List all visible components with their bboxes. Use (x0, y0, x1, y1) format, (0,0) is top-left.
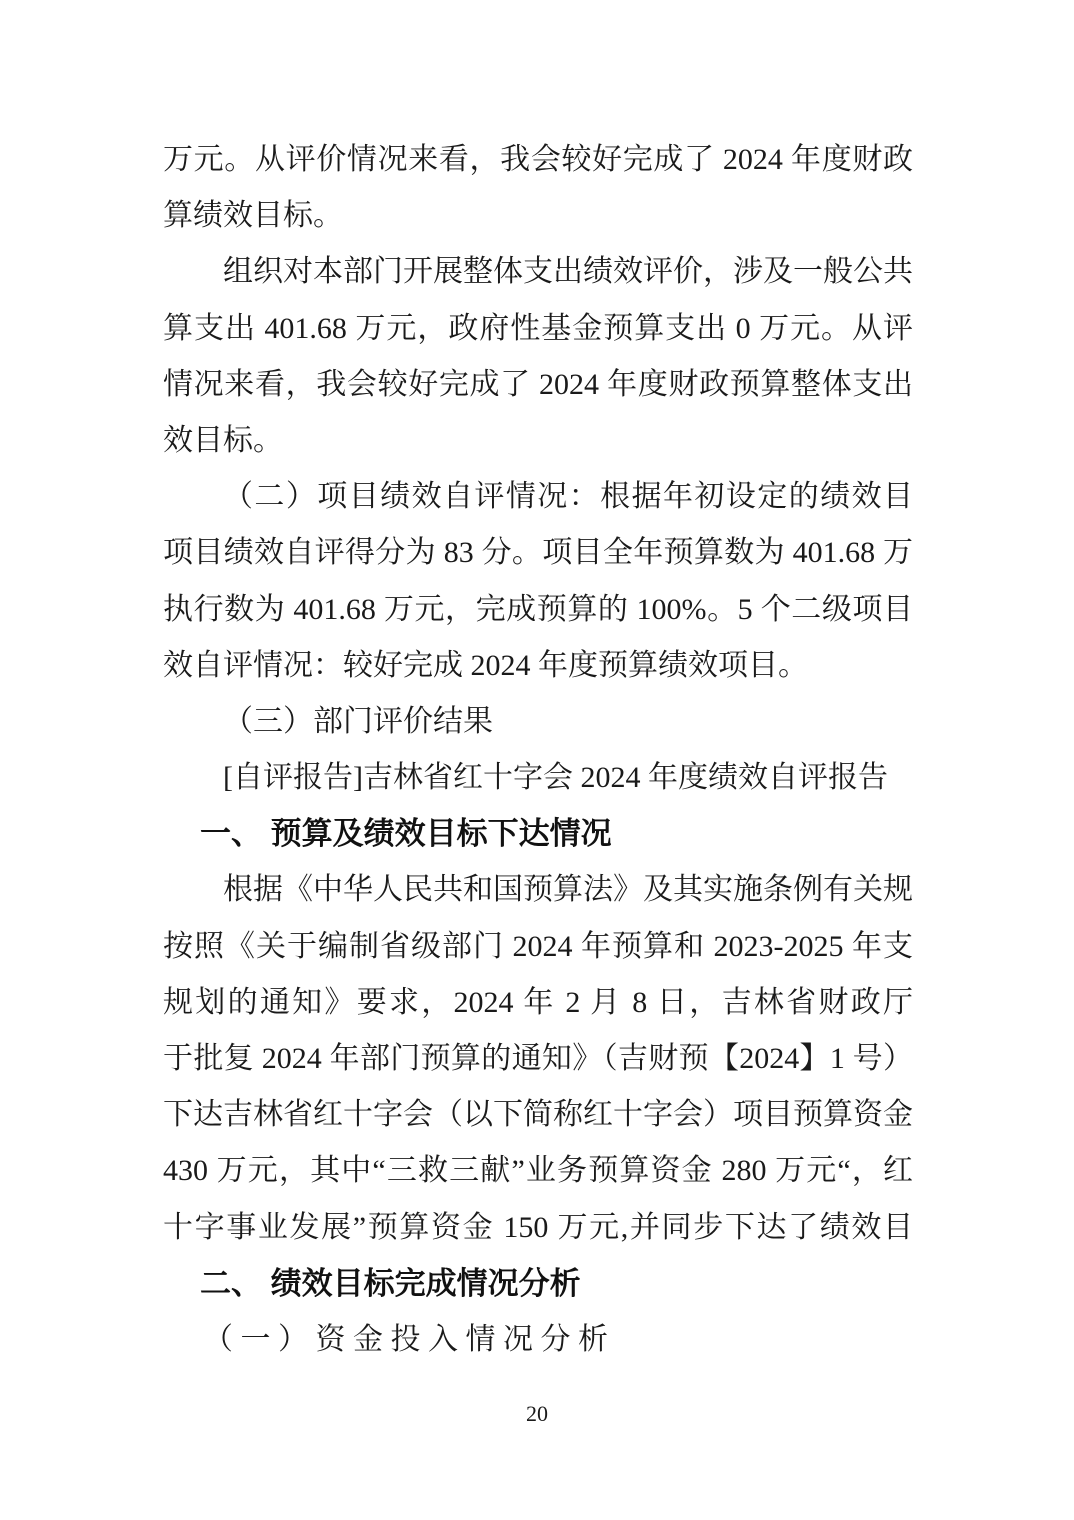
text-line: 组织对本部门开展整体支出绩效评价，涉及一般公共预 (163, 244, 913, 300)
text-line: （三）部门评价结果 (163, 694, 913, 750)
text-line: （二）项目绩效自评情况：根据年初设定的绩效目标， (163, 469, 913, 525)
document-body: 万元。从评价情况来看，我会较好完成了 2024 年度财政预算绩效目标。组织对本部… (163, 132, 913, 1368)
text-line: 于批复 2024 年部门预算的通知》（吉财预【2024】1 号） (163, 1031, 913, 1087)
document-page: 万元。从评价情况来看，我会较好完成了 2024 年度财政预算绩效目标。组织对本部… (0, 0, 1074, 1520)
text-line: 算支出 401.68 万元，政府性基金预算支出 0 万元。从评价 (163, 301, 913, 357)
text-line: 下达吉林省红十字会（以下简称红十字会）项目预算资金 (163, 1087, 913, 1143)
section-heading: 二、 绩效目标完成情况分析 (163, 1256, 913, 1312)
text-line: 规划的通知》要求，2024 年 2 月 8 日，吉林省财政厅《关 (163, 975, 913, 1031)
text-line: 项目绩效自评得分为 83 分。项目全年预算数为 401.68 万元， (163, 525, 913, 581)
text-line: 算绩效目标。 (163, 188, 913, 244)
text-line: 执行数为 401.68 万元，完成预算的 100%。5 个二级项目绩 (163, 582, 913, 638)
sub-section-heading: （一）资金投入情况分析 (163, 1312, 913, 1368)
text-line: 十字事业发展”预算资金 150 万元,并同步下达了绩效目标。 (163, 1200, 913, 1256)
text-line: 按照《关于编制省级部门 2024 年预算和 2023-2025 年支出 (163, 919, 913, 975)
section-heading: 一、 预算及绩效目标下达情况 (163, 806, 913, 862)
text-line: [自评报告]吉林省红十字会 2024 年度绩效自评报告 (163, 750, 913, 806)
text-line: 效自评情况：较好完成 2024 年度预算绩效项目。 (163, 638, 913, 694)
text-line: 430 万元，其中“三救三献”业务预算资金 280 万元“，红 (163, 1143, 913, 1199)
text-line: 根据《中华人民共和国预算法》及其实施条例有关规定， (163, 862, 913, 918)
text-line: 效目标。 (163, 413, 913, 469)
text-line: 万元。从评价情况来看，我会较好完成了 2024 年度财政预 (163, 132, 913, 188)
text-line: 情况来看，我会较好完成了 2024 年度财政预算整体支出绩 (163, 357, 913, 413)
page-number: 20 (0, 1399, 1074, 1429)
